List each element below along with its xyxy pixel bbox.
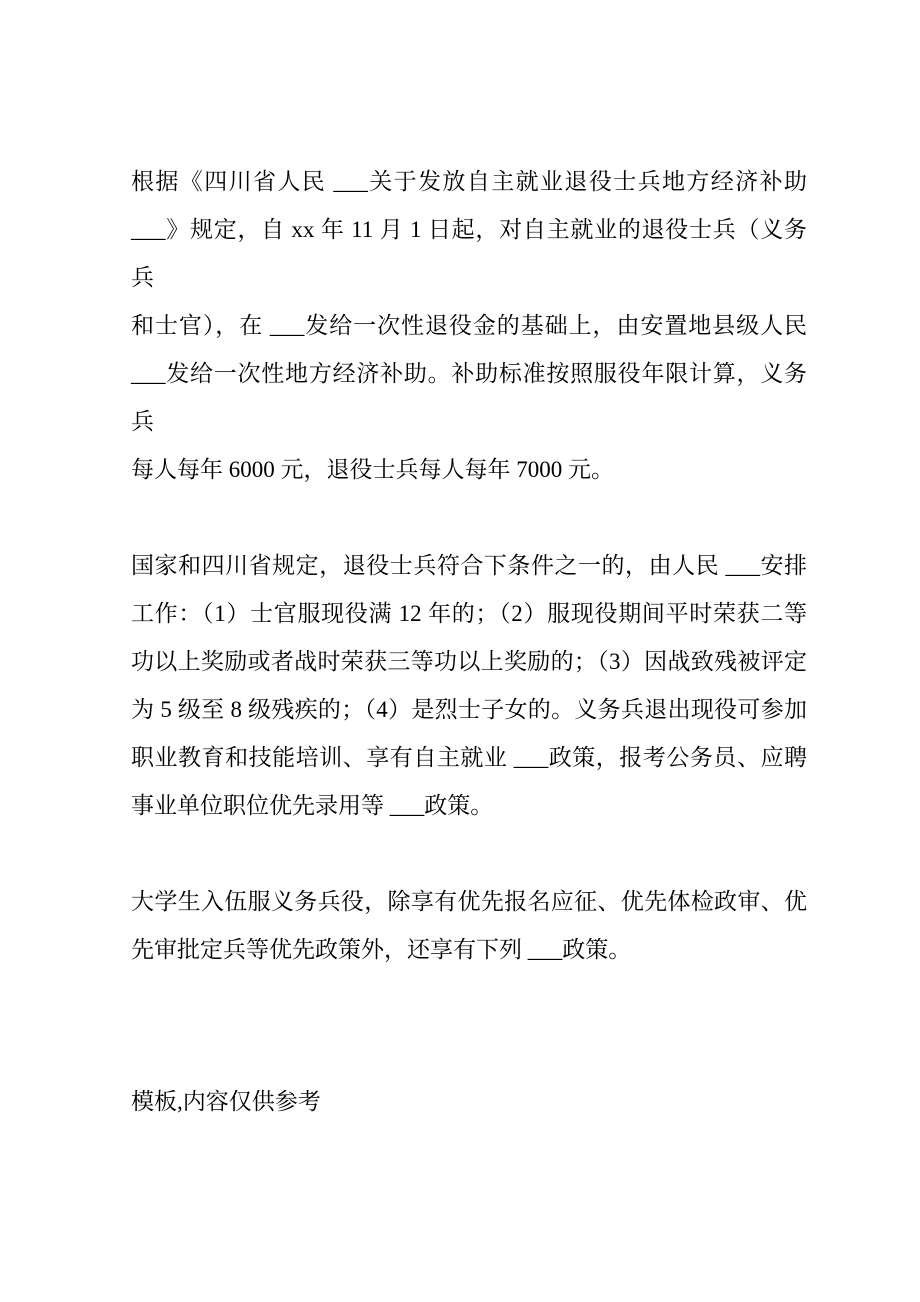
- paragraph-job-arrangement-conditions: 国家和四川省规定，退役士兵符合下条件之一的，由人民 ___安排 工作：（1）士官…: [131, 542, 807, 830]
- text-line: 国家和四川省规定，退役士兵符合下条件之一的，由人民 ___安排: [131, 542, 807, 590]
- paragraph-student-enlistment-policy: 大学生入伍服义务兵役，除享有优先报名应征、优先体检政审、优 先审批定兵等优先政策…: [131, 878, 807, 974]
- document-page: 根据《四川省人民 ___关于发放自主就业退役士兵地方经济补助 ___》规定，自 …: [0, 0, 920, 1302]
- paragraph-subsidy-standard: 根据《四川省人民 ___关于发放自主就业退役士兵地方经济补助 ___》规定，自 …: [131, 158, 807, 494]
- text-line: 根据《四川省人民 ___关于发放自主就业退役士兵地方经济补助: [131, 158, 807, 206]
- text-line: ___发给一次性地方经济补助。补助标准按照服役年限计算，义务兵: [131, 350, 807, 446]
- text-line: 和士官），在 ___发给一次性退役金的基础上，由安置地县级人民: [131, 302, 807, 350]
- text-line: 为 5 级至 8 级残疾的；（4）是烈士子女的。义务兵退出现役可参加: [131, 686, 807, 734]
- text-line: ___》规定，自 xx 年 11 月 1 日起，对自主就业的退役士兵（义务兵: [131, 206, 807, 302]
- text-line: 先审批定兵等优先政策外，还享有下列 ___政策。: [131, 926, 807, 974]
- text-line: 工作：（1）士官服现役满 12 年的；（2）服现役期间平时荣获二等: [131, 590, 807, 638]
- document-content: 根据《四川省人民 ___关于发放自主就业退役士兵地方经济补助 ___》规定，自 …: [131, 158, 807, 1126]
- text-line: 职业教育和技能培训、享有自主就业 ___政策，报考公务员、应聘: [131, 734, 807, 782]
- footer-note: 模板,内容仅供参考: [131, 1078, 807, 1126]
- text-line: 每人每年 6000 元，退役士兵每人每年 7000 元。: [131, 446, 807, 494]
- text-line: 事业单位职位优先录用等 ___政策。: [131, 782, 807, 830]
- text-line: 大学生入伍服义务兵役，除享有优先报名应征、优先体检政审、优: [131, 878, 807, 926]
- text-line: 功以上奖励或者战时荣获三等功以上奖励的；（3）因战致残被评定: [131, 638, 807, 686]
